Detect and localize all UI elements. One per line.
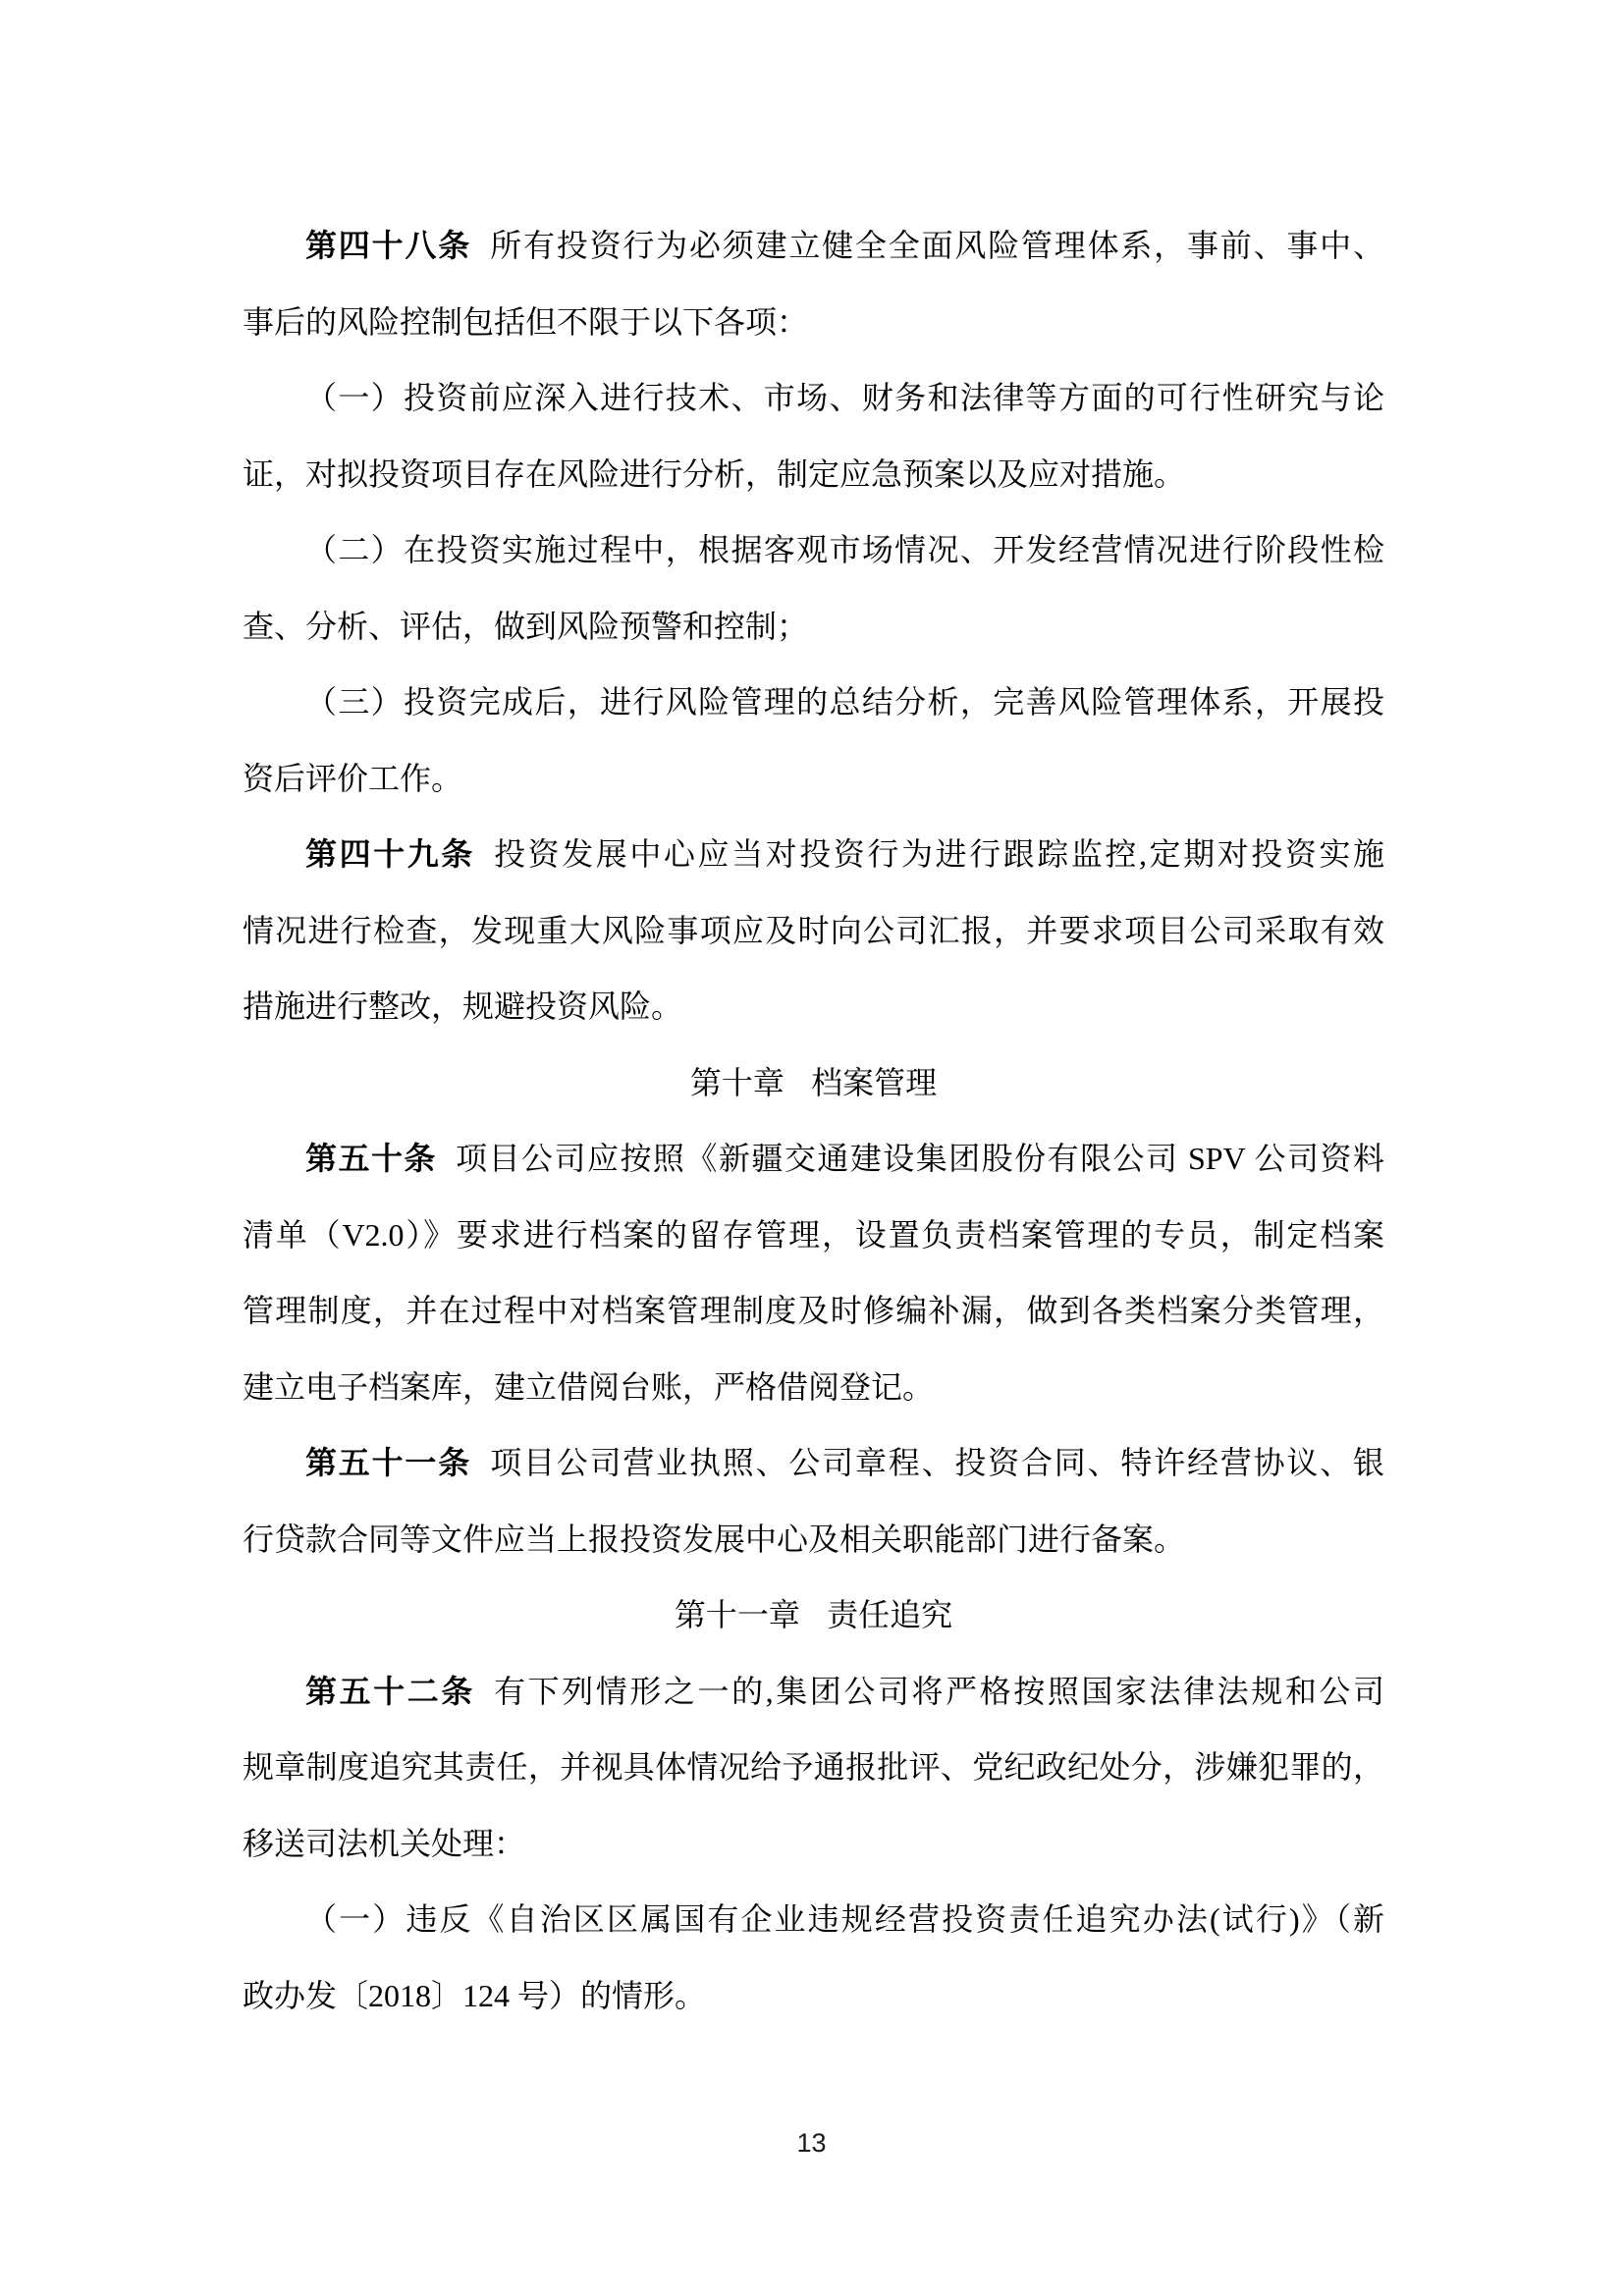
article-text-line: 措施进行整改，规避投资风险。	[243, 969, 1384, 1045]
article-text-line: 清单（V2.0）》要求进行档案的留存管理，设置负责档案管理的专员，制定档案	[243, 1198, 1384, 1274]
article-number: 第四十八条	[305, 228, 471, 263]
chapter-number: 第十一章	[675, 1597, 800, 1632]
article-text-line: 情况进行检查，发现重大风险事项应及时向公司汇报，并要求项目公司采取有效	[243, 893, 1384, 970]
document-body: 第四十八条所有投资行为必须建立健全全面风险管理体系，事前、事中、事后的风险控制包…	[243, 208, 1384, 2034]
article-number: 第五十条	[305, 1141, 437, 1176]
article-text-line: 管理制度，并在过程中对档案管理制度及时修编补漏，做到各类档案分类管理，	[243, 1273, 1384, 1350]
page-number: 13	[0, 2120, 1623, 2165]
paragraph-text-line: 查、分析、评估，做到风险预警和控制；	[243, 589, 1384, 666]
article-text: 项目公司营业执照、公司章程、投资合同、特许经营协议、银	[490, 1445, 1384, 1480]
document-page: 第四十八条所有投资行为必须建立健全全面风险管理体系，事前、事中、事后的风险控制包…	[0, 0, 1623, 2296]
article-text-line: 第四十九条投资发展中心应当对投资行为进行跟踪监控,定期对投资实施	[243, 817, 1384, 893]
article-text-line: 建立电子档案库，建立借阅台账，严格借阅登记。	[243, 1350, 1384, 1426]
article-text-line: 第五十二条有下列情形之一的,集团公司将严格按照国家法律法规和公司	[243, 1654, 1384, 1731]
article-text: 投资发展中心应当对投资行为进行跟踪监控,定期对投资实施	[494, 836, 1384, 872]
paragraph-text-line: （三）投资完成后，进行风险管理的总结分析，完善风险管理体系，开展投	[243, 665, 1384, 741]
article-text: 所有投资行为必须建立健全全面风险管理体系，事前、事中、	[490, 228, 1384, 263]
paragraph-text-line: （一）投资前应深入进行技术、市场、财务和法律等方面的可行性研究与论	[243, 360, 1384, 437]
paragraph-text-line: 政办发〔2018〕124 号）的情形。	[243, 1958, 1384, 2035]
chapter-heading: 第十章档案管理	[243, 1045, 1384, 1122]
article-text-line: 第五十条项目公司应按照《新疆交通建设集团股份有限公司 SPV 公司资料	[243, 1121, 1384, 1198]
article-text-line: 规章制度追究其责任，并视具体情况给予通报批评、党纪政纪处分，涉嫌犯罪的，	[243, 1730, 1384, 1806]
paragraph-text-line: 资后评价工作。	[243, 741, 1384, 818]
paragraph-text-line: 证，对拟投资项目存在风险进行分析，制定应急预案以及应对措施。	[243, 437, 1384, 513]
article-text-line: 移送司法机关处理：	[243, 1806, 1384, 1883]
article-number: 第四十九条	[305, 836, 475, 872]
article-text-line: 第四十八条所有投资行为必须建立健全全面风险管理体系，事前、事中、	[243, 208, 1384, 285]
chapter-title: 档案管理	[811, 1065, 937, 1100]
paragraph-text-line: （一）违反《自治区区属国有企业违规经营投资责任追究办法(试行)》（新	[243, 1882, 1384, 1958]
article-text-line: 事后的风险控制包括但不限于以下各项：	[243, 285, 1384, 361]
article-text: 有下列情形之一的,集团公司将严格按照国家法律法规和公司	[494, 1674, 1384, 1709]
article-number: 第五十一条	[305, 1445, 471, 1480]
article-text: 项目公司应按照《新疆交通建设集团股份有限公司 SPV 公司资料	[456, 1141, 1384, 1176]
article-number: 第五十二条	[305, 1674, 475, 1709]
article-text-line: 行贷款合同等文件应当上报投资发展中心及相关职能部门进行备案。	[243, 1502, 1384, 1578]
paragraph-text-line: （二）在投资实施过程中，根据客观市场情况、开发经营情况进行阶段性检	[243, 512, 1384, 589]
chapter-title: 责任追究	[827, 1597, 952, 1632]
article-text-line: 第五十一条项目公司营业执照、公司章程、投资合同、特许经营协议、银	[243, 1425, 1384, 1502]
chapter-heading: 第十一章责任追究	[243, 1577, 1384, 1654]
chapter-number: 第十章	[690, 1065, 784, 1100]
